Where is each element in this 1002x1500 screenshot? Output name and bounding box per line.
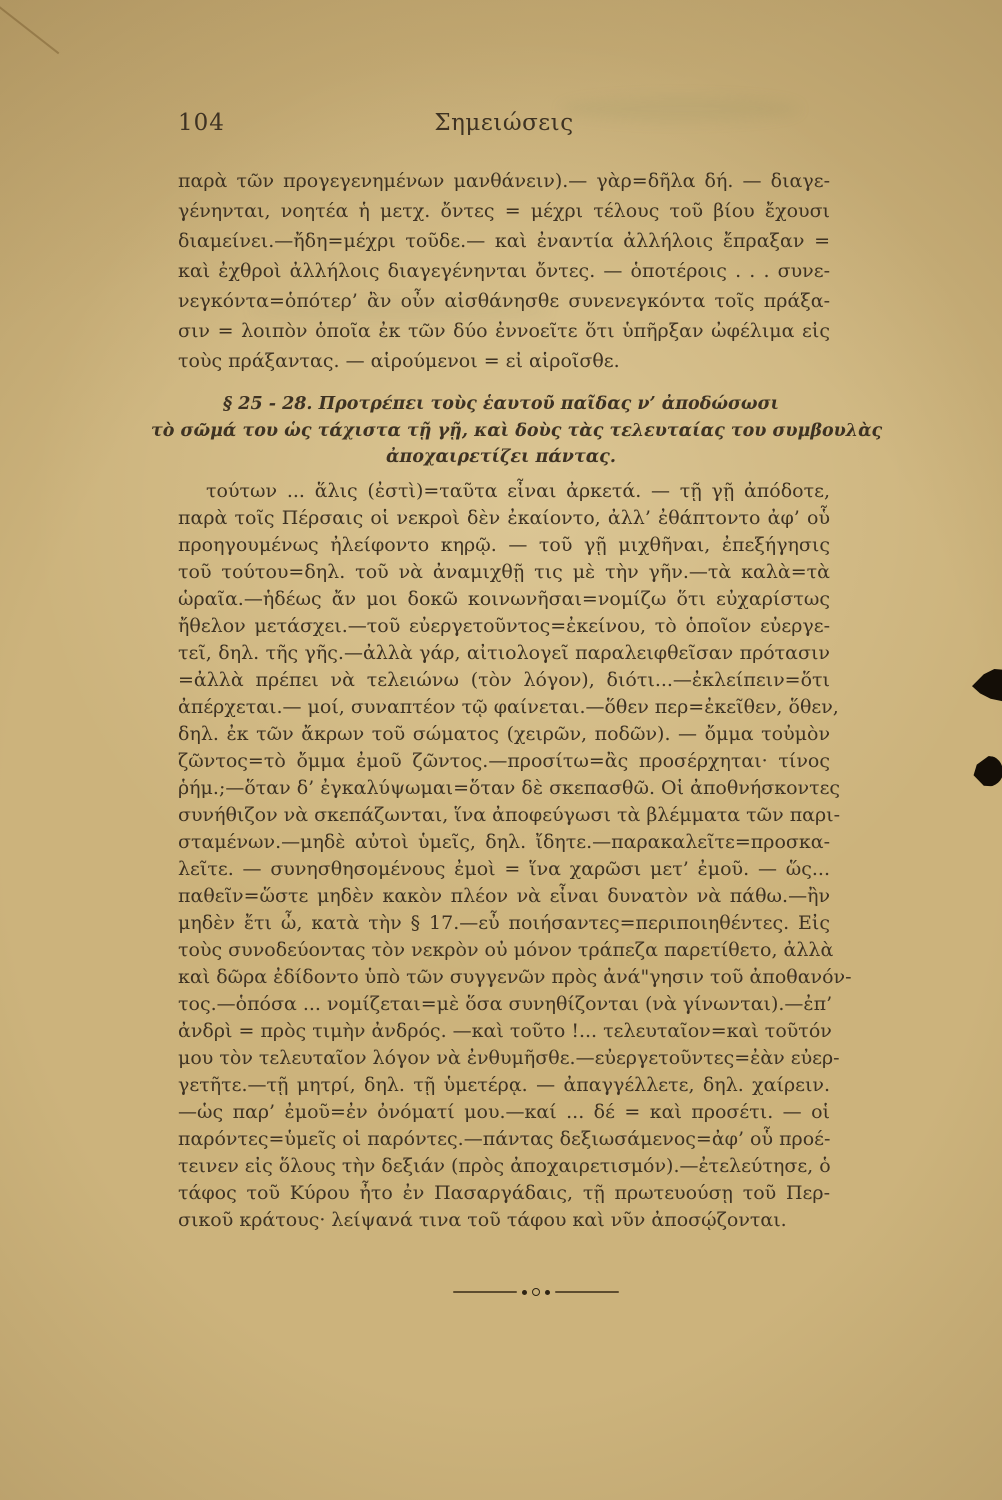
text-line: καὶ ἐχθροὶ ἀλλήλοις διαγεγένηνται ὄντες.…: [178, 256, 830, 286]
text-line: λεῖτε. — συνησθησομένους ἐμοὶ = ἵνα χαρῶ…: [178, 856, 830, 883]
ink-blot-mark: [972, 669, 1002, 702]
text-line: τὸ σῶμά του ὡς τάχιστα τῇ γῇ, καὶ δοὺς τ…: [151, 418, 851, 445]
text-line: σιν = λοιπὸν ὁποῖα ἐκ τῶν δύο ἐννοεῖτε ὅ…: [178, 316, 830, 346]
text-line: =ἀλλὰ πρέπει νὰ τελειώνω (τὸν λόγον), δι…: [178, 667, 830, 694]
section-heading: § 25 - 28. Προτρέπει τοὺς ἑαυτοῦ παῖδας …: [151, 391, 851, 471]
text-line: —ὡς παρ’ ἐμοῦ=ἐν ὀνόματί μου.—καί ... δέ…: [178, 1099, 830, 1126]
text-line: τοὺς πράξαντας. — αἱρούμενοι = εἰ αἱροῖσ…: [178, 346, 830, 376]
text-line: τος.—ὁπόσα ... νομίζεται=μὲ ὅσα συνηθίζο…: [178, 991, 830, 1018]
text-line: συνήθιζον νὰ σκεπάζωνται, ἵνα ἀποφεύγωσι…: [178, 802, 830, 829]
text-line: παρόντες=ὑμεῖς οἱ παρόντες.—πάντας δεξιω…: [178, 1126, 830, 1153]
page-title: Σημειώσεις: [178, 110, 830, 136]
text-line: γετῆτε.—τῇ μητρί, δηλ. τῇ ὑμετέρᾳ. — ἀπα…: [178, 1072, 830, 1099]
text-line: ἤθελον μετάσχει.—τοῦ εὐεργετοῦντος=ἐκείν…: [178, 613, 830, 640]
ornament-divider: [453, 1288, 619, 1296]
text-line: διαμείνει.—ἤδη=μέχρι τοῦδε.— καὶ ἐναντία…: [178, 226, 830, 256]
divider-dot-icon: [545, 1290, 550, 1295]
text-line: ὡραῖα.—ἡδέως ἄν μοι δοκῶ κοινωνῆσαι=νομί…: [178, 586, 830, 613]
text-line: παρὰ τοῖς Πέρσαις οἱ νεκροὶ δὲν ἐκαίοντο…: [178, 505, 830, 532]
text-line: ἀπέρχεται.— μοί, συναπτέον τῷ φαίνεται.—…: [178, 694, 830, 721]
divider-rule: [555, 1291, 619, 1293]
text-line: τοὺς συνοδεύοντας τὸν νεκρὸν οὐ μόνον τρ…: [178, 937, 830, 964]
text-line: τάφος τοῦ Κύρου ἦτο ἐν Πασαργάδαις, τῇ π…: [178, 1180, 830, 1207]
text-line: δηλ. ἐκ τῶν ἄκρων τοῦ σώματος (χειρῶν, π…: [178, 721, 830, 748]
text-line: μου τὸν τελευταῖον λόγον νὰ ἐνθυμῆσθε.—ε…: [178, 1045, 830, 1072]
text-line: σικοῦ κράτους· λείψανά τινα τοῦ τάφου κα…: [178, 1207, 830, 1234]
divider-dot-icon: [522, 1290, 527, 1295]
paper-scratch-mark: [0, 0, 59, 54]
text-line: νεγκόντα=ὁπότερ’ ἂν οὖν αἰσθάνησθε συνεν…: [178, 286, 830, 316]
ink-blot-mark: [971, 756, 1002, 787]
divider-rule: [453, 1291, 517, 1293]
divider-ring-icon: [532, 1288, 540, 1296]
page-header: 104 Σημειώσεις: [178, 110, 830, 144]
book-page: 104 Σημειώσεις παρὰ τῶν προγεγενημένων μ…: [0, 0, 1002, 1500]
text-line: καὶ δῶρα ἐδίδοντο ὑπὸ τῶν συγγενῶν πρὸς …: [178, 964, 830, 991]
text-line: ἀνδρὶ = πρὸς τιμὴν ἀνδρός. —καὶ τοῦτο !.…: [178, 1018, 830, 1045]
text-line: σταμένων.—μηδὲ αὐτοὶ ὑμεῖς, δηλ. ἴδητε.—…: [178, 829, 830, 856]
text-line: τεῖ, δηλ. τῆς γῆς.—ἀλλὰ γάρ, αἰτιολογεῖ …: [178, 640, 830, 667]
notes-paragraph: τούτων ... ἅλις (ἐστὶ)=ταῦτα εἶναι ἀρκετ…: [178, 478, 830, 1234]
text-line: § 25 - 28. Προτρέπει τοὺς ἑαυτοῦ παῖδας …: [151, 391, 851, 418]
text-line: ἀποχαιρετίζει πάντας.: [151, 444, 851, 471]
paragraph-continuation: παρὰ τῶν προγεγενημένων μανθάνειν).— γὰρ…: [178, 166, 830, 376]
page-number: 104: [178, 110, 225, 136]
text-line: μηδὲν ἔτι ὦ, κατὰ τὴν § 17.—εὖ ποιήσαντε…: [178, 910, 830, 937]
text-line: παθεῖν=ὥστε μηδὲν κακὸν πλέον νὰ εἶναι δ…: [178, 883, 830, 910]
text-line: τούτων ... ἅλις (ἐστὶ)=ταῦτα εἶναι ἀρκετ…: [178, 478, 830, 505]
text-line: παρὰ τῶν προγεγενημένων μανθάνειν).— γὰρ…: [178, 166, 830, 196]
text-line: τοῦ τούτου=δηλ. τοῦ νὰ ἀναμιχθῇ τις μὲ τ…: [178, 559, 830, 586]
text-line: γένηνται, νοητέα ἡ μετχ. ὄντες = μέχρι τ…: [178, 196, 830, 226]
text-line: τεινεν εἰς ὅλους τὴν δεξιάν (πρὸς ἀποχαι…: [178, 1153, 830, 1180]
text-line: προηγουμένως ἠλείφοντο κηρῷ. — τοῦ γῇ μι…: [178, 532, 830, 559]
text-line: ζῶντος=τὸ ὄμμα ἐμοῦ ζῶντος.—προσίτω=ἂς π…: [178, 748, 830, 775]
text-line: ῥήμ.;—ὅταν δ’ ἐγκαλύψωμαι=ὅταν δὲ σκεπασ…: [178, 775, 830, 802]
